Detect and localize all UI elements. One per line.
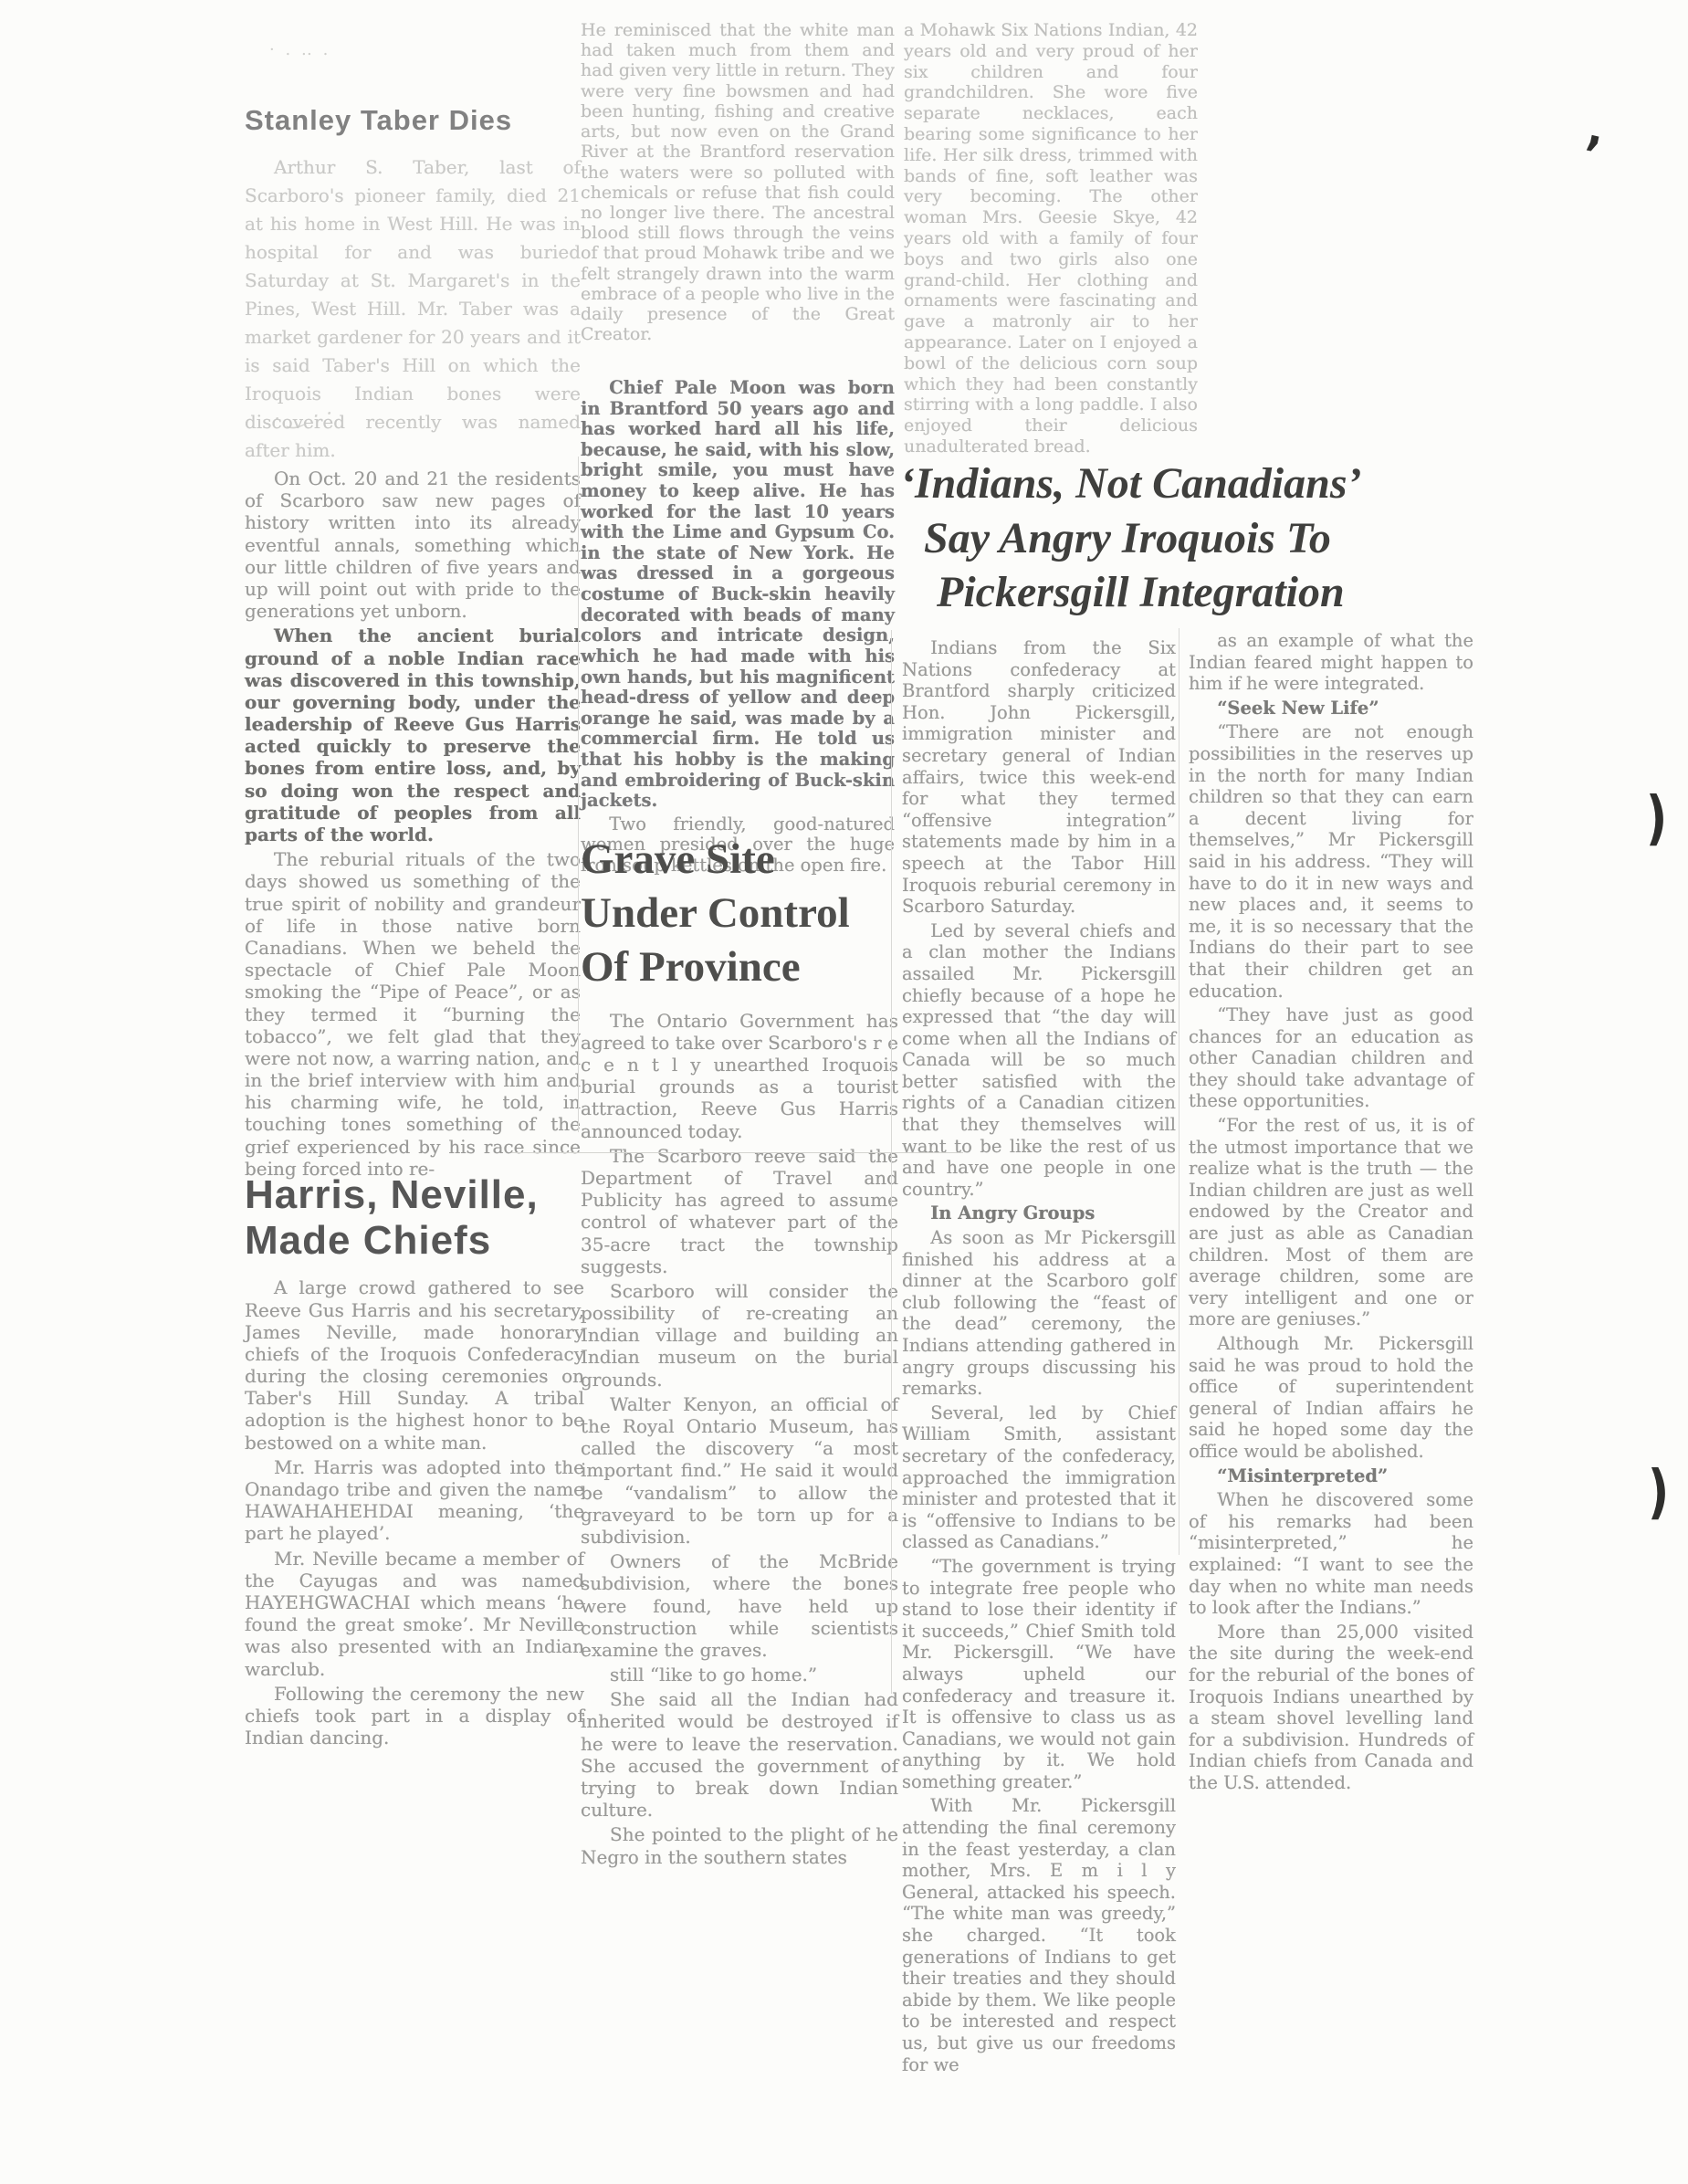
- article-stanley-taber: Stanley Taber Dies Arthur S. Taber, last…: [245, 104, 581, 467]
- article-harris-neville-body: A large crowd gathered to see Reeve Gus …: [245, 1276, 584, 1748]
- smudge-dots: · . ‥ .: [269, 40, 330, 59]
- article-paragraph: a Mohawk Six Nations Indian, 42 years ol…: [904, 20, 1198, 457]
- headline-line: Pickersgill Integration: [900, 565, 1475, 620]
- article-paragraph: She said all the Indian had inherited wo…: [581, 1688, 898, 1821]
- article-paragraph: Although Mr. Pickersgill said he was pro…: [1189, 1333, 1473, 1463]
- article-paragraph: He reminisced that the white man had tak…: [581, 20, 895, 345]
- article-paragraph: On Oct. 20 and 21 the residents of Scarb…: [245, 467, 581, 622]
- article-indians-not-canadians: ‘Indians, Not Canadians’ Say Angry Iroqu…: [900, 457, 1475, 620]
- ink-blob: ’: [1577, 125, 1605, 186]
- headline-stanley-taber: Stanley Taber Dies: [245, 104, 581, 137]
- column-rule: [1179, 628, 1180, 1555]
- article-paragraph: Mr. Harris was adopted into the Onandago…: [245, 1456, 584, 1545]
- headline-indians-not-canadians: ‘Indians, Not Canadians’ Say Angry Iroqu…: [900, 457, 1475, 620]
- article-pale-moon-faded: He reminisced that the white man had tak…: [581, 20, 895, 348]
- article-paragraph: Scarboro will consider the possibility o…: [581, 1280, 898, 1391]
- article-harris-neville: Harris, Neville, Made Chiefs A large cro…: [245, 1172, 584, 1751]
- article-pale-moon-body: Chief Pale Moon was born in Brantford 50…: [581, 378, 895, 877]
- article-paragraph: Following the ceremony the new chiefs to…: [245, 1683, 584, 1749]
- clipping-tear-line: [511, 1152, 963, 1153]
- article-grave-site-body: The Ontario Government has agreed to tak…: [581, 1010, 898, 1868]
- article-paragraph: “They have just as good chances for an e…: [1189, 1004, 1473, 1112]
- article-paragraph: still “like to go home.”: [581, 1664, 898, 1685]
- article-paragraph: The Scarboro reeve said the Department o…: [581, 1145, 898, 1277]
- article-paragraph: In Angry Groups: [902, 1202, 1176, 1224]
- article-paragraph: Mr. Neville became a member of the Cayug…: [245, 1548, 584, 1680]
- article-paragraph: Owners of the McBride subdivision, where…: [581, 1550, 898, 1661]
- article-corn-soup-faded: a Mohawk Six Nations Indian, 42 years ol…: [904, 20, 1198, 460]
- article-pale-moon-faded-body: He reminisced that the white man had tak…: [581, 20, 895, 345]
- article-stanley-taber-body: Arthur S. Taber, last of Scarboro's pion…: [245, 153, 581, 465]
- headline-line: Grave Site: [581, 833, 898, 887]
- article-reburial-editorial-body: On Oct. 20 and 21 the residents of Scarb…: [245, 467, 581, 1180]
- headline-line: Say Angry Iroquois To: [900, 511, 1475, 566]
- article-paragraph: “For the rest of us, it is of the utmost…: [1189, 1115, 1473, 1330]
- article-grave-site: Grave Site Under Control Of Province The…: [581, 833, 898, 1871]
- headline-line: Under Control: [581, 887, 898, 940]
- article-paragraph: Walter Kenyon, an official of the Royal …: [581, 1393, 898, 1548]
- indians-story-column-a: Indians from the Six Nations confederacy…: [902, 637, 1176, 2078]
- column-rule: [891, 630, 892, 1694]
- article-reburial-editorial: On Oct. 20 and 21 the residents of Scarb…: [245, 467, 581, 1182]
- article-paragraph: A large crowd gathered to see Reeve Gus …: [245, 1276, 584, 1454]
- article-paragraph: “Seek New Life”: [1189, 698, 1473, 719]
- headline-line: ‘Indians, Not Canadians’: [900, 457, 1475, 511]
- article-paragraph: Chief Pale Moon was born in Brantford 50…: [581, 378, 895, 812]
- article-paragraph: Arthur S. Taber, last of Scarboro's pion…: [245, 153, 581, 465]
- headline-grave-site: Grave Site Under Control Of Province: [581, 833, 898, 995]
- ink-blob: ): [1648, 1459, 1669, 1527]
- article-paragraph: Indians from the Six Nations confederacy…: [902, 637, 1176, 918]
- indians-story-column-b: as an example of what the Indian feared …: [1189, 630, 1473, 1796]
- article-corn-soup-body: a Mohawk Six Nations Indian, 42 years ol…: [904, 20, 1198, 457]
- article-paragraph: She pointed to the plight of he Negro in…: [581, 1823, 898, 1867]
- article-paragraph: “Misinterpreted”: [1189, 1465, 1473, 1487]
- article-paragraph: Several, led by Chief William Smith, ass…: [902, 1402, 1176, 1553]
- column-rule: [578, 457, 579, 1132]
- article-paragraph: More than 25,000 visited the site during…: [1189, 1622, 1473, 1794]
- headline-line: Of Province: [581, 940, 898, 994]
- article-paragraph: With Mr. Pickersgill attending the final…: [902, 1795, 1176, 2075]
- headline-line: Made Chiefs: [245, 1218, 584, 1264]
- headline-harris-neville: Harris, Neville, Made Chiefs: [245, 1172, 584, 1264]
- article-paragraph: Led by several chiefs and a clan mother …: [902, 920, 1176, 1201]
- newspaper-scan-page: · . ‥ . · ‿ ٠ · Stanley Taber Dies Arthu…: [0, 0, 1688, 2184]
- article-pale-moon: Chief Pale Moon was born in Brantford 50…: [581, 378, 895, 879]
- article-paragraph: The Ontario Government has agreed to tak…: [581, 1010, 898, 1142]
- article-paragraph: The reburial rituals of the two days sho…: [245, 848, 581, 1180]
- ink-blob: ): [1646, 785, 1667, 853]
- article-paragraph: “There are not enough possibilities in t…: [1189, 721, 1473, 1002]
- article-paragraph: As soon as Mr Pickersgill finished his a…: [902, 1227, 1176, 1400]
- article-paragraph: When he discovered some of his remarks h…: [1189, 1489, 1473, 1619]
- article-paragraph: “The government is trying to integrate f…: [902, 1556, 1176, 1793]
- article-paragraph: When the ancient burial ground of a nobl…: [245, 625, 581, 845]
- indians-story-column-a-body: Indians from the Six Nations confederacy…: [902, 637, 1176, 2075]
- indians-story-column-b-body: as an example of what the Indian feared …: [1189, 630, 1473, 1793]
- headline-line: Harris, Neville,: [245, 1172, 584, 1218]
- article-paragraph: as an example of what the Indian feared …: [1189, 630, 1473, 695]
